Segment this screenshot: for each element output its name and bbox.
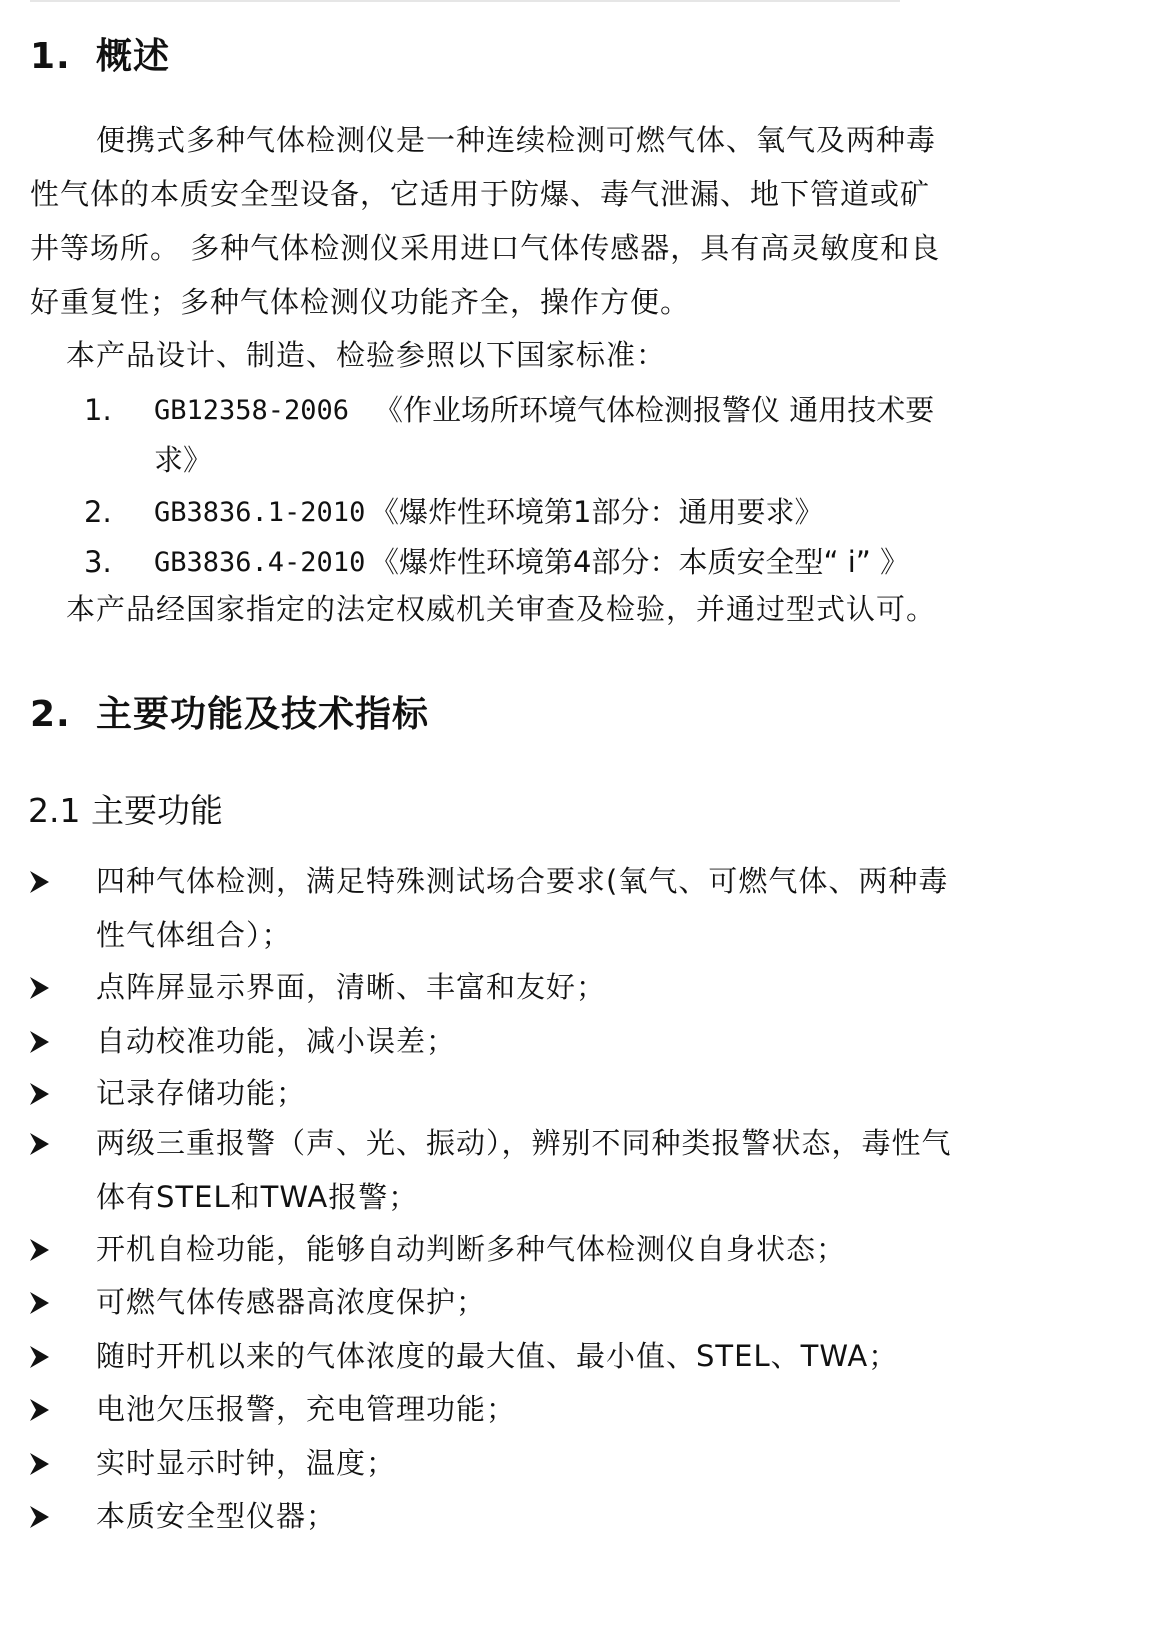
arrowhead-bullet-icon <box>28 1489 54 1544</box>
arrowhead-bullet-icon <box>28 1066 54 1121</box>
intro-line: 便携式多种气体检测仪是一种连续检测可燃气体、氧气及两种毒 <box>96 113 936 167</box>
subsection-heading: 2.1 主要功能 <box>28 785 223 832</box>
standard-title-continued: 求》 <box>154 434 212 486</box>
feature-text: 电池欠压报警，充电管理功能； <box>96 1382 516 1437</box>
feature-text: 随时开机以来的气体浓度的最大值、最小值、STEL、TWA； <box>96 1329 898 1384</box>
standard-item: 2. GB3836.1-2010 《爆炸性环境第1部分：通用要求》 <box>84 486 1084 538</box>
standard-item: 1. GB12358-2006 《作业场所环境气体检测报警仪 通用技术要 <box>84 384 1084 436</box>
standard-item: 3. GB3836.4-2010 《爆炸性环境第4部分：本质安全型“ i” 》 <box>84 536 1084 588</box>
feature-item: 两级三重报警（声、光、振动），辨别不同种类报警状态，毒性气 <box>28 1116 1128 1171</box>
intro-line: 好重复性；多种气体检测仪功能齐全，操作方便。 <box>30 275 690 329</box>
standards-intro: 本产品设计、制造、检验参照以下国家标准： <box>66 328 666 382</box>
top-divider <box>30 0 900 2</box>
arrowhead-bullet-icon <box>28 1222 54 1277</box>
document-page: 1.概述 便携式多种气体检测仪是一种连续检测可燃气体、氧气及两种毒 性气体的本质… <box>0 0 1158 1650</box>
feature-text: 点阵屏显示界面，清晰、丰富和友好； <box>96 960 606 1015</box>
subsection-number: 2.1 <box>28 791 80 830</box>
arrowhead-bullet-icon <box>28 1436 54 1491</box>
section-number: 1. <box>30 36 96 77</box>
intro-line: 井等场所。 多种气体检测仪采用进口气体传感器，具有高灵敏度和良 <box>30 221 940 275</box>
feature-text-continued: 体有STEL和TWA报警； <box>96 1170 418 1225</box>
feature-text: 自动校准功能，减小误差； <box>96 1014 456 1069</box>
standard-number: 1. <box>84 384 112 436</box>
certification-text: 本产品经国家指定的法定权威机关审查及检验，并通过型式认可。 <box>66 582 936 636</box>
feature-text: 两级三重报警（声、光、振动），辨别不同种类报警状态，毒性气 <box>96 1116 952 1171</box>
feature-text: 本质安全型仪器； <box>96 1489 336 1544</box>
feature-item: 实时显示时钟，温度； <box>28 1436 1128 1491</box>
feature-item: 点阵屏显示界面，清晰、丰富和友好； <box>28 960 1128 1015</box>
feature-text: 可燃气体传感器高浓度保护； <box>96 1275 486 1330</box>
standard-code: GB3836.1-2010 <box>154 487 365 539</box>
standard-title: 《作业场所环境气体检测报警仪 通用技术要 <box>374 384 934 436</box>
standard-title: 《爆炸性环境第4部分：本质安全型“ i” 》 <box>370 536 909 588</box>
feature-text: 记录存储功能； <box>96 1066 306 1121</box>
arrowhead-bullet-icon <box>28 1014 54 1069</box>
feature-text: 实时显示时钟，温度； <box>96 1436 396 1491</box>
feature-text: 开机自检功能，能够自动判断多种气体检测仪自身状态； <box>96 1222 846 1277</box>
section-1-heading: 1.概述 <box>30 28 170 79</box>
arrowhead-bullet-icon <box>28 1116 54 1171</box>
intro-line: 性气体的本质安全型设备，它适用于防爆、毒气泄漏、地下管道或矿 <box>30 167 930 221</box>
standard-number: 3. <box>84 536 112 588</box>
feature-item: 四种气体检测，满足特殊测试场合要求(氧气、可燃气体、两种毒 <box>28 854 1128 909</box>
section-title: 主要功能及技术指标 <box>96 694 429 735</box>
standard-title: 《爆炸性环境第1部分：通用要求》 <box>370 486 823 538</box>
arrowhead-bullet-icon <box>28 1329 54 1384</box>
standard-code: GB12358-2006 <box>154 385 349 437</box>
arrowhead-bullet-icon <box>28 1382 54 1437</box>
feature-item: 开机自检功能，能够自动判断多种气体检测仪自身状态； <box>28 1222 1128 1277</box>
arrowhead-bullet-icon <box>28 960 54 1015</box>
subsection-title: 主要功能 <box>91 791 223 830</box>
arrowhead-bullet-icon <box>28 854 54 909</box>
feature-item: 记录存储功能； <box>28 1066 1128 1121</box>
section-title: 概述 <box>96 36 170 77</box>
feature-item: 随时开机以来的气体浓度的最大值、最小值、STEL、TWA； <box>28 1329 1128 1384</box>
feature-item: 电池欠压报警，充电管理功能； <box>28 1382 1128 1437</box>
section-2-heading: 2.主要功能及技术指标 <box>30 686 429 737</box>
feature-item: 自动校准功能，减小误差； <box>28 1014 1128 1069</box>
standard-number: 2. <box>84 486 112 538</box>
feature-item: 本质安全型仪器； <box>28 1489 1128 1544</box>
feature-text-continued: 性气体组合）； <box>96 908 292 963</box>
arrowhead-bullet-icon <box>28 1275 54 1330</box>
feature-item: 可燃气体传感器高浓度保护； <box>28 1275 1128 1330</box>
section-number: 2. <box>30 694 96 735</box>
feature-text: 四种气体检测，满足特殊测试场合要求(氧气、可燃气体、两种毒 <box>96 854 948 909</box>
